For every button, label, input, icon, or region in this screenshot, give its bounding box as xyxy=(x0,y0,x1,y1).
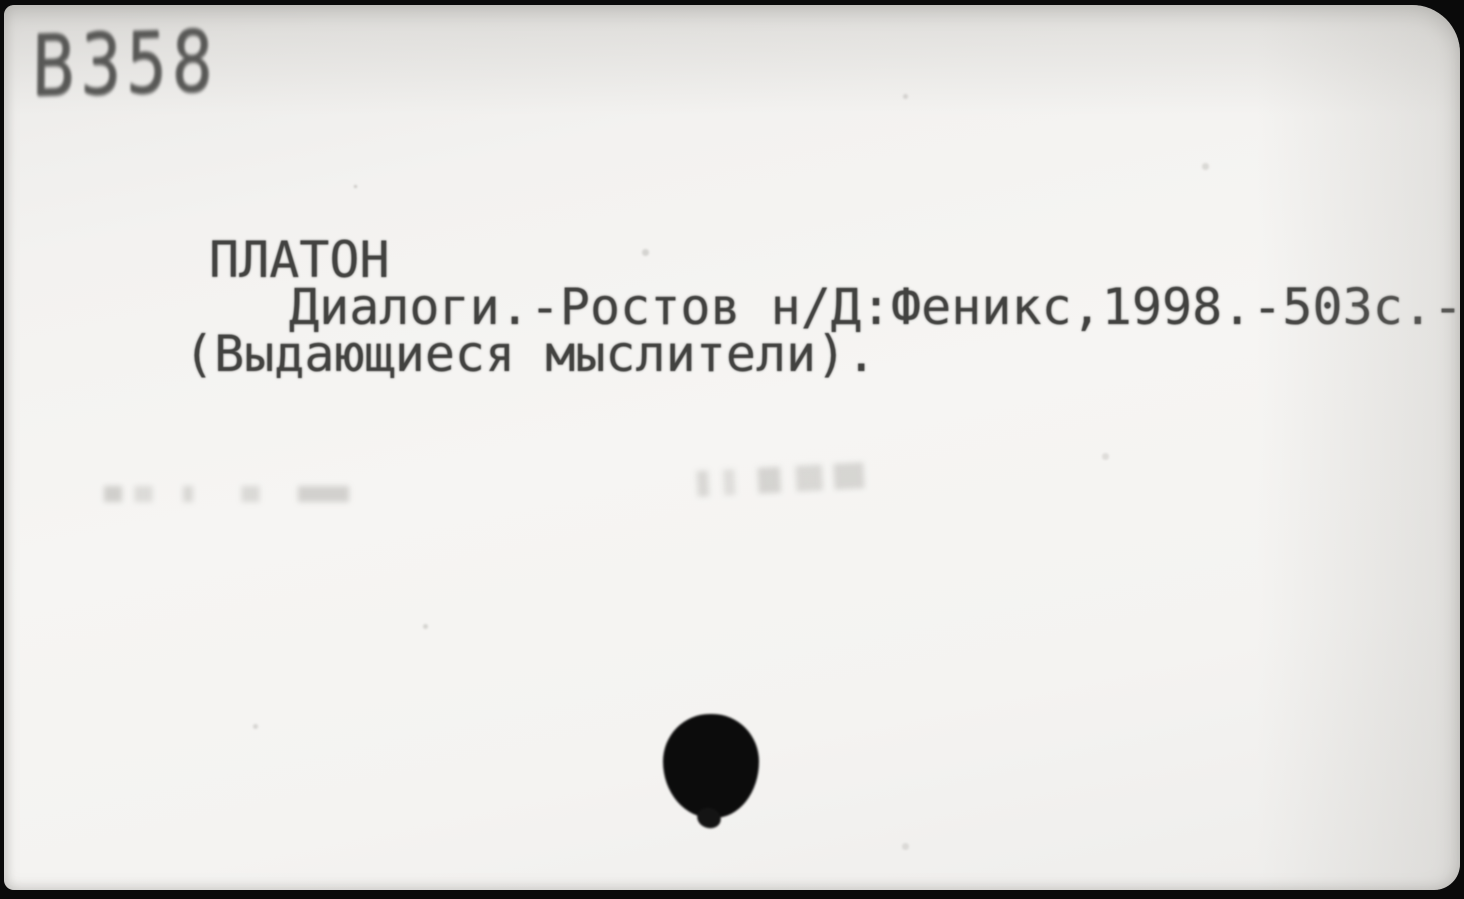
library-catalog-card: В358 ПЛАТОН Диалоги.-Ростов н/Д:Феникс,1… xyxy=(4,5,1460,890)
title-imprint-line: Диалоги.-Ростов н/Д:Феникс,1998.-503с.- xyxy=(289,284,1460,331)
paper-grain-specks xyxy=(354,185,357,188)
faint-smudge-left xyxy=(104,486,359,502)
series-statement-line: (Выдающиеся мыслители). xyxy=(184,331,1460,378)
author-heading: ПЛАТОН xyxy=(209,237,1460,284)
handwritten-call-number: В358 xyxy=(31,14,218,117)
faint-smudge-center xyxy=(696,461,887,497)
scanned-photo-frame: В358 ПЛАТОН Диалоги.-Ростов н/Д:Феникс,1… xyxy=(0,0,1464,899)
punched-hole-dot xyxy=(663,714,759,818)
bibliographic-entry: ПЛАТОН Диалоги.-Ростов н/Д:Феникс,1998.-… xyxy=(184,237,1460,378)
